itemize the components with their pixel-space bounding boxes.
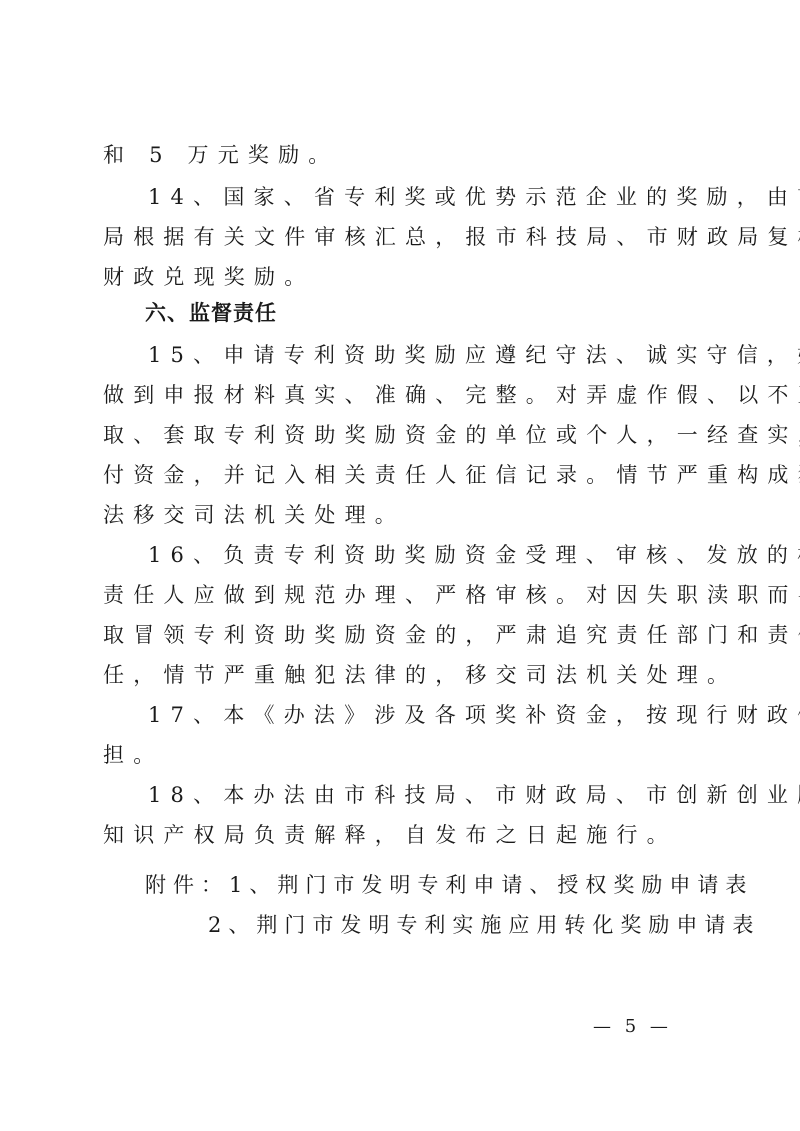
paragraph-18-line-2: 知识产权局负责解释，自发布之日起施行。 <box>103 821 699 849</box>
text-line: 和 5 万元奖励。 <box>103 141 699 169</box>
paragraph-17-line-1: 17、本《办法》涉及各项奖补资金，按现行财政体制分级负 <box>148 701 744 729</box>
paragraph-14-line-3: 财政兑现奖励。 <box>103 263 699 291</box>
paragraph-16-line-2: 责任人应做到规范办理、严格审核。对因失职渎职而导致违规套 <box>103 581 699 609</box>
paragraph-14-line-1: 14、国家、省专利奖或优势示范企业的奖励，由市知识产权 <box>148 183 744 211</box>
paragraph-16-line-4: 任，情节严重触犯法律的，移交司法机关处理。 <box>103 661 699 689</box>
section-heading: 六、监督责任 <box>145 299 741 327</box>
paragraph-15-line-1: 15、申请专利资助奖励应遵纪守法、诚实守信，如实申报， <box>148 341 744 369</box>
page-number: — 5 — <box>593 1016 672 1037</box>
paragraph-15-line-3: 取、套取专利资助奖励资金的单位或个人，一经查实，追缴已拨 <box>103 421 699 449</box>
paragraph-17-line-2: 担。 <box>103 741 699 769</box>
paragraph-15-line-2: 做到申报材料真实、准确、完整。对弄虚作假、以不正当手段骗 <box>103 381 699 409</box>
paragraph-14-line-2: 局根据有关文件审核汇总，报市科技局、市财政局复核后，由市 <box>103 223 699 251</box>
document-page: 和 5 万元奖励。 14、国家、省专利奖或优势示范企业的奖励，由市知识产权 局根… <box>0 0 800 1131</box>
paragraph-16-line-1: 16、负责专利资助奖励资金受理、审核、发放的相关单位和 <box>148 541 744 569</box>
attachment-1: 附件：1、荆门市发明专利申请、授权奖励申请表 <box>145 871 741 899</box>
attachment-2: 2、荆门市发明专利实施应用转化奖励申请表 <box>208 911 800 939</box>
paragraph-15-line-5: 法移交司法机关处理。 <box>103 501 699 529</box>
paragraph-18-line-1: 18、本办法由市科技局、市财政局、市创新创业服务局、市 <box>148 781 744 809</box>
paragraph-16-line-3: 取冒领专利资助奖励资金的，严肃追究责任部门和责任人的责 <box>103 621 699 649</box>
paragraph-15-line-4: 付资金，并记入相关责任人征信记录。情节严重构成犯罪的，依 <box>103 461 699 489</box>
